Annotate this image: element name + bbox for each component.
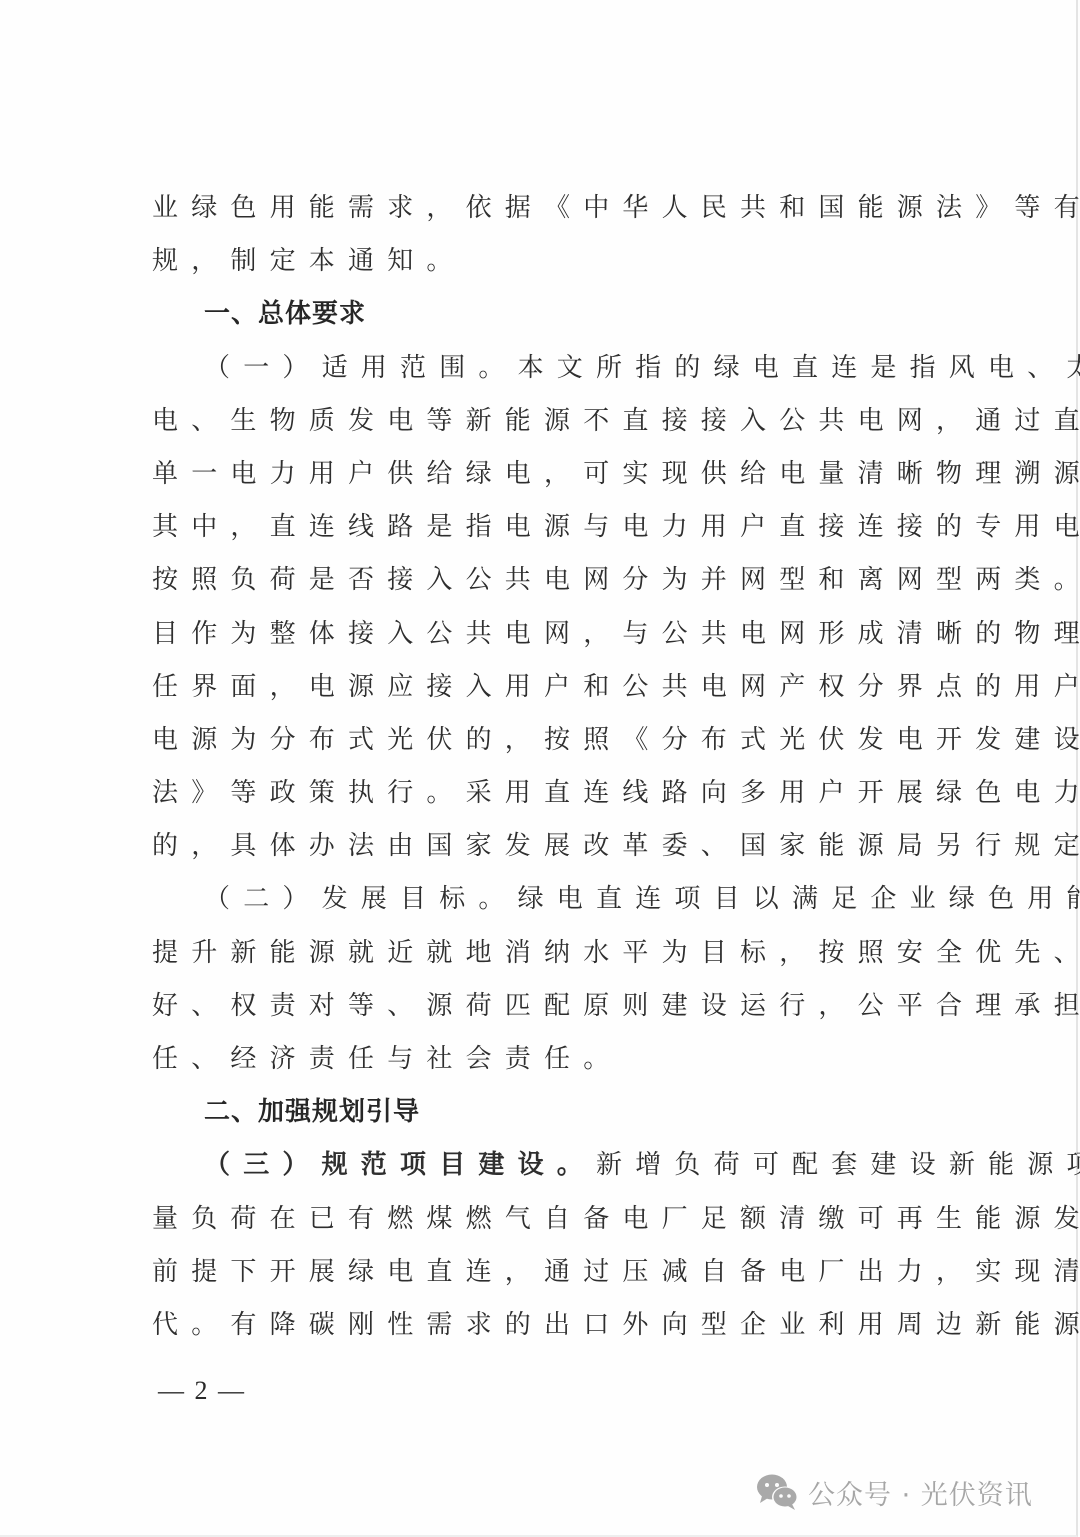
text-line: 目作为整体接入公共电网，与公共电网形成清晰的物理界面与责 <box>152 612 942 665</box>
text-line: 按照负荷是否接入公共电网分为并网型和离网型两类。并网型项 <box>152 558 942 611</box>
text-line: 规，制定本通知。 <box>152 239 942 292</box>
clause-3-project-construction: （三）规范项目建设。新增负荷可配套建设新能源项目。存 <box>152 1143 942 1196</box>
page-number: — 2 — <box>158 1376 246 1406</box>
document-body: 业绿色用能需求，依据《中华人民共和国能源法》等有关法律法 规，制定本通知。 一、… <box>152 186 942 1356</box>
clause-3-text: 新增负荷可配套建设新能源项目。存 <box>596 1150 1080 1180</box>
watermark-text: 公众号 · 光伏资讯 <box>808 1473 1033 1512</box>
text-line: 任、经济责任与社会责任。 <box>152 1037 942 1090</box>
text-line: 量负荷在已有燃煤燃气自备电厂足额清缴可再生能源发展基金的 <box>152 1197 942 1250</box>
document-page: 业绿色用能需求，依据《中华人民共和国能源法》等有关法律法 规，制定本通知。 一、… <box>0 0 1078 1537</box>
text-line: 代。有降碳刚性需求的出口外向型企业利用周边新能源资源探索 <box>152 1303 942 1356</box>
text-line: 单一电力用户供给绿电，可实现供给电量清晰物理溯源的模式。 <box>152 452 942 505</box>
text-line: 好、权责对等、源荷匹配原则建设运行，公平合理承担安全责 <box>152 984 942 1037</box>
text-line: 的，具体办法由国家发展改革委、国家能源局另行规定。 <box>152 824 942 877</box>
text-line: 其中，直连线路是指电源与电力用户直接连接的专用电力线路。 <box>152 505 942 558</box>
clause-2-goals: （二）发展目标。绿电直连项目以满足企业绿色用能需求、 <box>152 877 942 930</box>
text-line: 任界面，电源应接入用户和公共电网产权分界点的用户侧。直连 <box>152 665 942 718</box>
section-heading-planning-guidance: 二、加强规划引导 <box>152 1090 942 1143</box>
clause-1-scope: （一）适用范围。本文所指的绿电直连是指风电、太阳能发 <box>152 346 942 399</box>
text-line: 电、生物质发电等新能源不直接接入公共电网，通过直连线路向 <box>152 399 942 452</box>
text-line: 提升新能源就近就地消纳水平为目标，按照安全优先、绿色友 <box>152 931 942 984</box>
wechat-icon <box>756 1472 800 1512</box>
watermark: 公众号 · 光伏资讯 <box>756 1470 1033 1514</box>
text-line: 电源为分布式光伏的，按照《分布式光伏发电开发建设管理办 <box>152 718 942 771</box>
text-line: 业绿色用能需求，依据《中华人民共和国能源法》等有关法律法 <box>152 186 942 239</box>
clause-3-lead: （三）规范项目建设。 <box>204 1150 596 1180</box>
section-heading-general-requirements: 一、总体要求 <box>152 292 942 345</box>
text-line: 法》等政策执行。采用直连线路向多用户开展绿色电力直接供应 <box>152 771 942 824</box>
text-line: 前提下开展绿电直连，通过压减自备电厂出力，实现清洁能源替 <box>152 1250 942 1303</box>
